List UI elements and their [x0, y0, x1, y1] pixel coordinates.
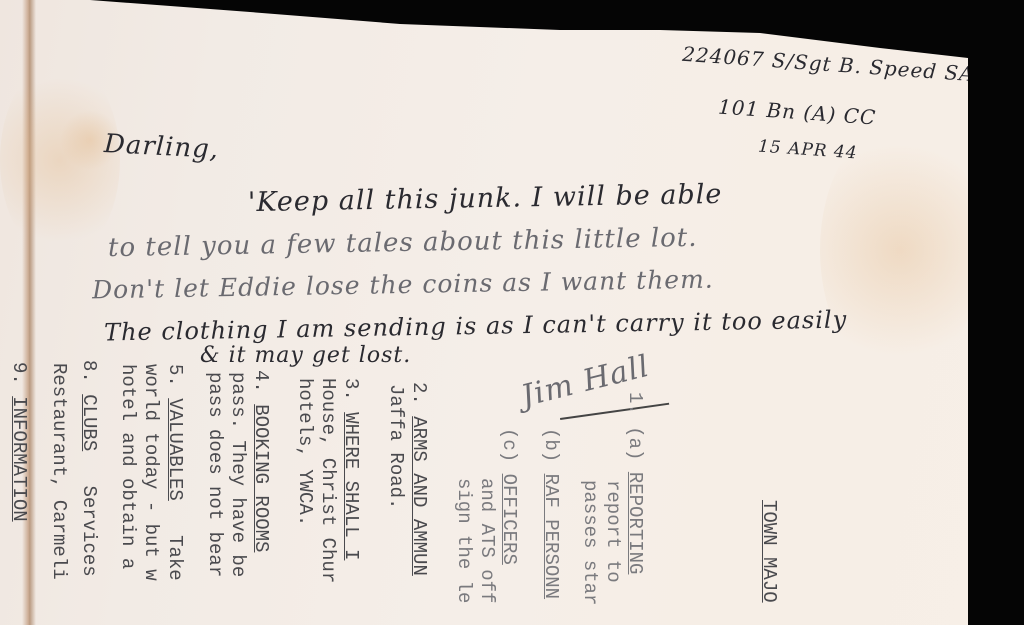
- letter-paper: 224067 S/Sgt B. Speed SA 101 Bn (A) CC 1…: [0, 0, 1024, 625]
- typed-item-3-line-1: House, Christ Chur: [318, 378, 337, 583]
- typed-sheet-title: TOWN MAJO: [759, 500, 778, 603]
- typed-item-8: 8. CLUBS Services: [79, 360, 98, 577]
- typed-item-1a: 1. (a) REPORTING: [625, 392, 644, 574]
- typed-item-5: 5. VALUABLES Take: [165, 364, 184, 581]
- typed-item-5-line-2: hotel and obtain a: [118, 364, 137, 569]
- typed-item-1c-line-1: and ATS off: [477, 478, 496, 603]
- typed-item-4: 4. BOOKING ROOMS: [251, 370, 270, 552]
- typed-item-1a-line-1: report to: [603, 480, 622, 583]
- typed-item-1b: (b) RAF PERSONN: [541, 428, 560, 599]
- letter-line-3: Don't let Eddie lose the coins as I want…: [92, 265, 714, 305]
- letter-date: 15 APR 44: [757, 137, 858, 164]
- typed-item-4-line-2: pass does not bear: [205, 372, 224, 577]
- typed-item-2-line-1: Jaffa Road.: [386, 384, 405, 509]
- typed-item-9: 9. INFORMATION: [9, 362, 28, 522]
- letter-line-5: & it may get lost.: [200, 343, 411, 368]
- typed-item-8-line: Restaurant, Carmeli: [49, 363, 68, 580]
- typed-item-1c: (c) OFFICERS: [499, 428, 518, 565]
- letter-line-4: The clothing I am sending is as I can't …: [104, 306, 848, 347]
- typed-item-3: 3. WHERE SHALL I: [341, 378, 360, 560]
- unit-designation: 101 Bn (A) CC: [717, 95, 877, 130]
- letter-line-2: to tell you a few tales about this littl…: [108, 223, 698, 263]
- typed-item-1c-line-2: sign the le: [454, 478, 473, 603]
- signature-underline: [560, 403, 669, 420]
- typed-item-1a-line-2: passes star: [580, 480, 599, 605]
- salutation: Darling,: [103, 129, 219, 165]
- typed-item-4-line-1: pass. They have be: [228, 372, 247, 577]
- typed-item-3-line-2: hotels, YWCA.: [295, 378, 314, 526]
- service-number-rank-name: 224067 S/Sgt B. Speed SA: [682, 42, 976, 86]
- typed-item-5-line-1: world today - but w: [141, 364, 160, 581]
- typed-item-2: 2. ARMS AND AMMUN: [409, 382, 428, 576]
- letter-line-1: 'Keep all this junk. I will be able: [248, 179, 723, 218]
